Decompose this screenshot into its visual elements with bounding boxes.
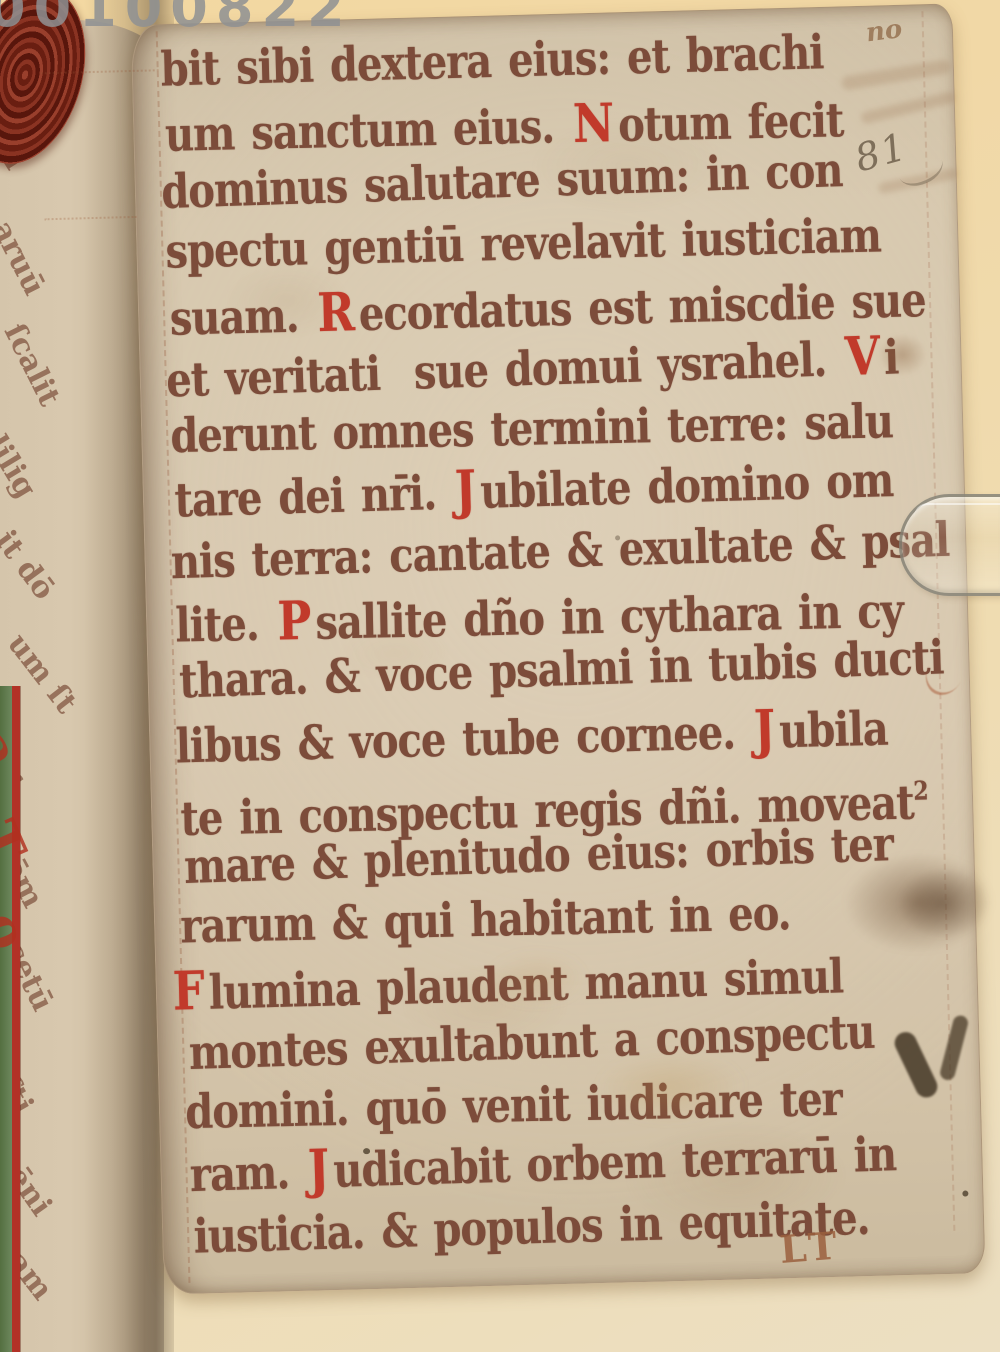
text-segment: iusticia. & populos in equitate. [193,1191,870,1265]
rubric-initial: F [170,959,210,1022]
rubric-initial: J [452,458,481,521]
psalm-text-block: bit sibi dextera eius: et brachium sanct… [160,19,968,1267]
manuscript-photo: umaruūſcalitdiligit dōum ſtit rdōmcetūra… [0,0,1000,1352]
page-holder-clip [899,494,1000,596]
manuscript-page: bit sibi dextera eius: et brachium sanct… [131,3,986,1294]
facing-page-red-border [12,686,20,1352]
rubric-initial: J [305,1137,334,1200]
rubric-initial: V [842,324,885,388]
facing-page-fragment: dilig [0,421,43,504]
v-shaped-smudge [894,1014,982,1112]
facing-page-fragment: aruū [0,215,52,301]
text-segment: ram. [189,1144,307,1203]
text-segment: 2 [913,775,929,806]
watermark-number: 00100822 [0,0,353,39]
rubric-initial: J [751,698,780,761]
facing-page-fragment: it dō [0,524,62,606]
clip-highlight [914,503,1000,517]
facing-page-fragment: ſcalit [0,318,67,412]
rubric-initial: R [315,280,360,344]
margin-note: no [864,14,904,48]
quire-mark: LT [778,1222,843,1272]
text-segment: i [883,330,899,386]
text-segment: ubila [779,701,889,759]
